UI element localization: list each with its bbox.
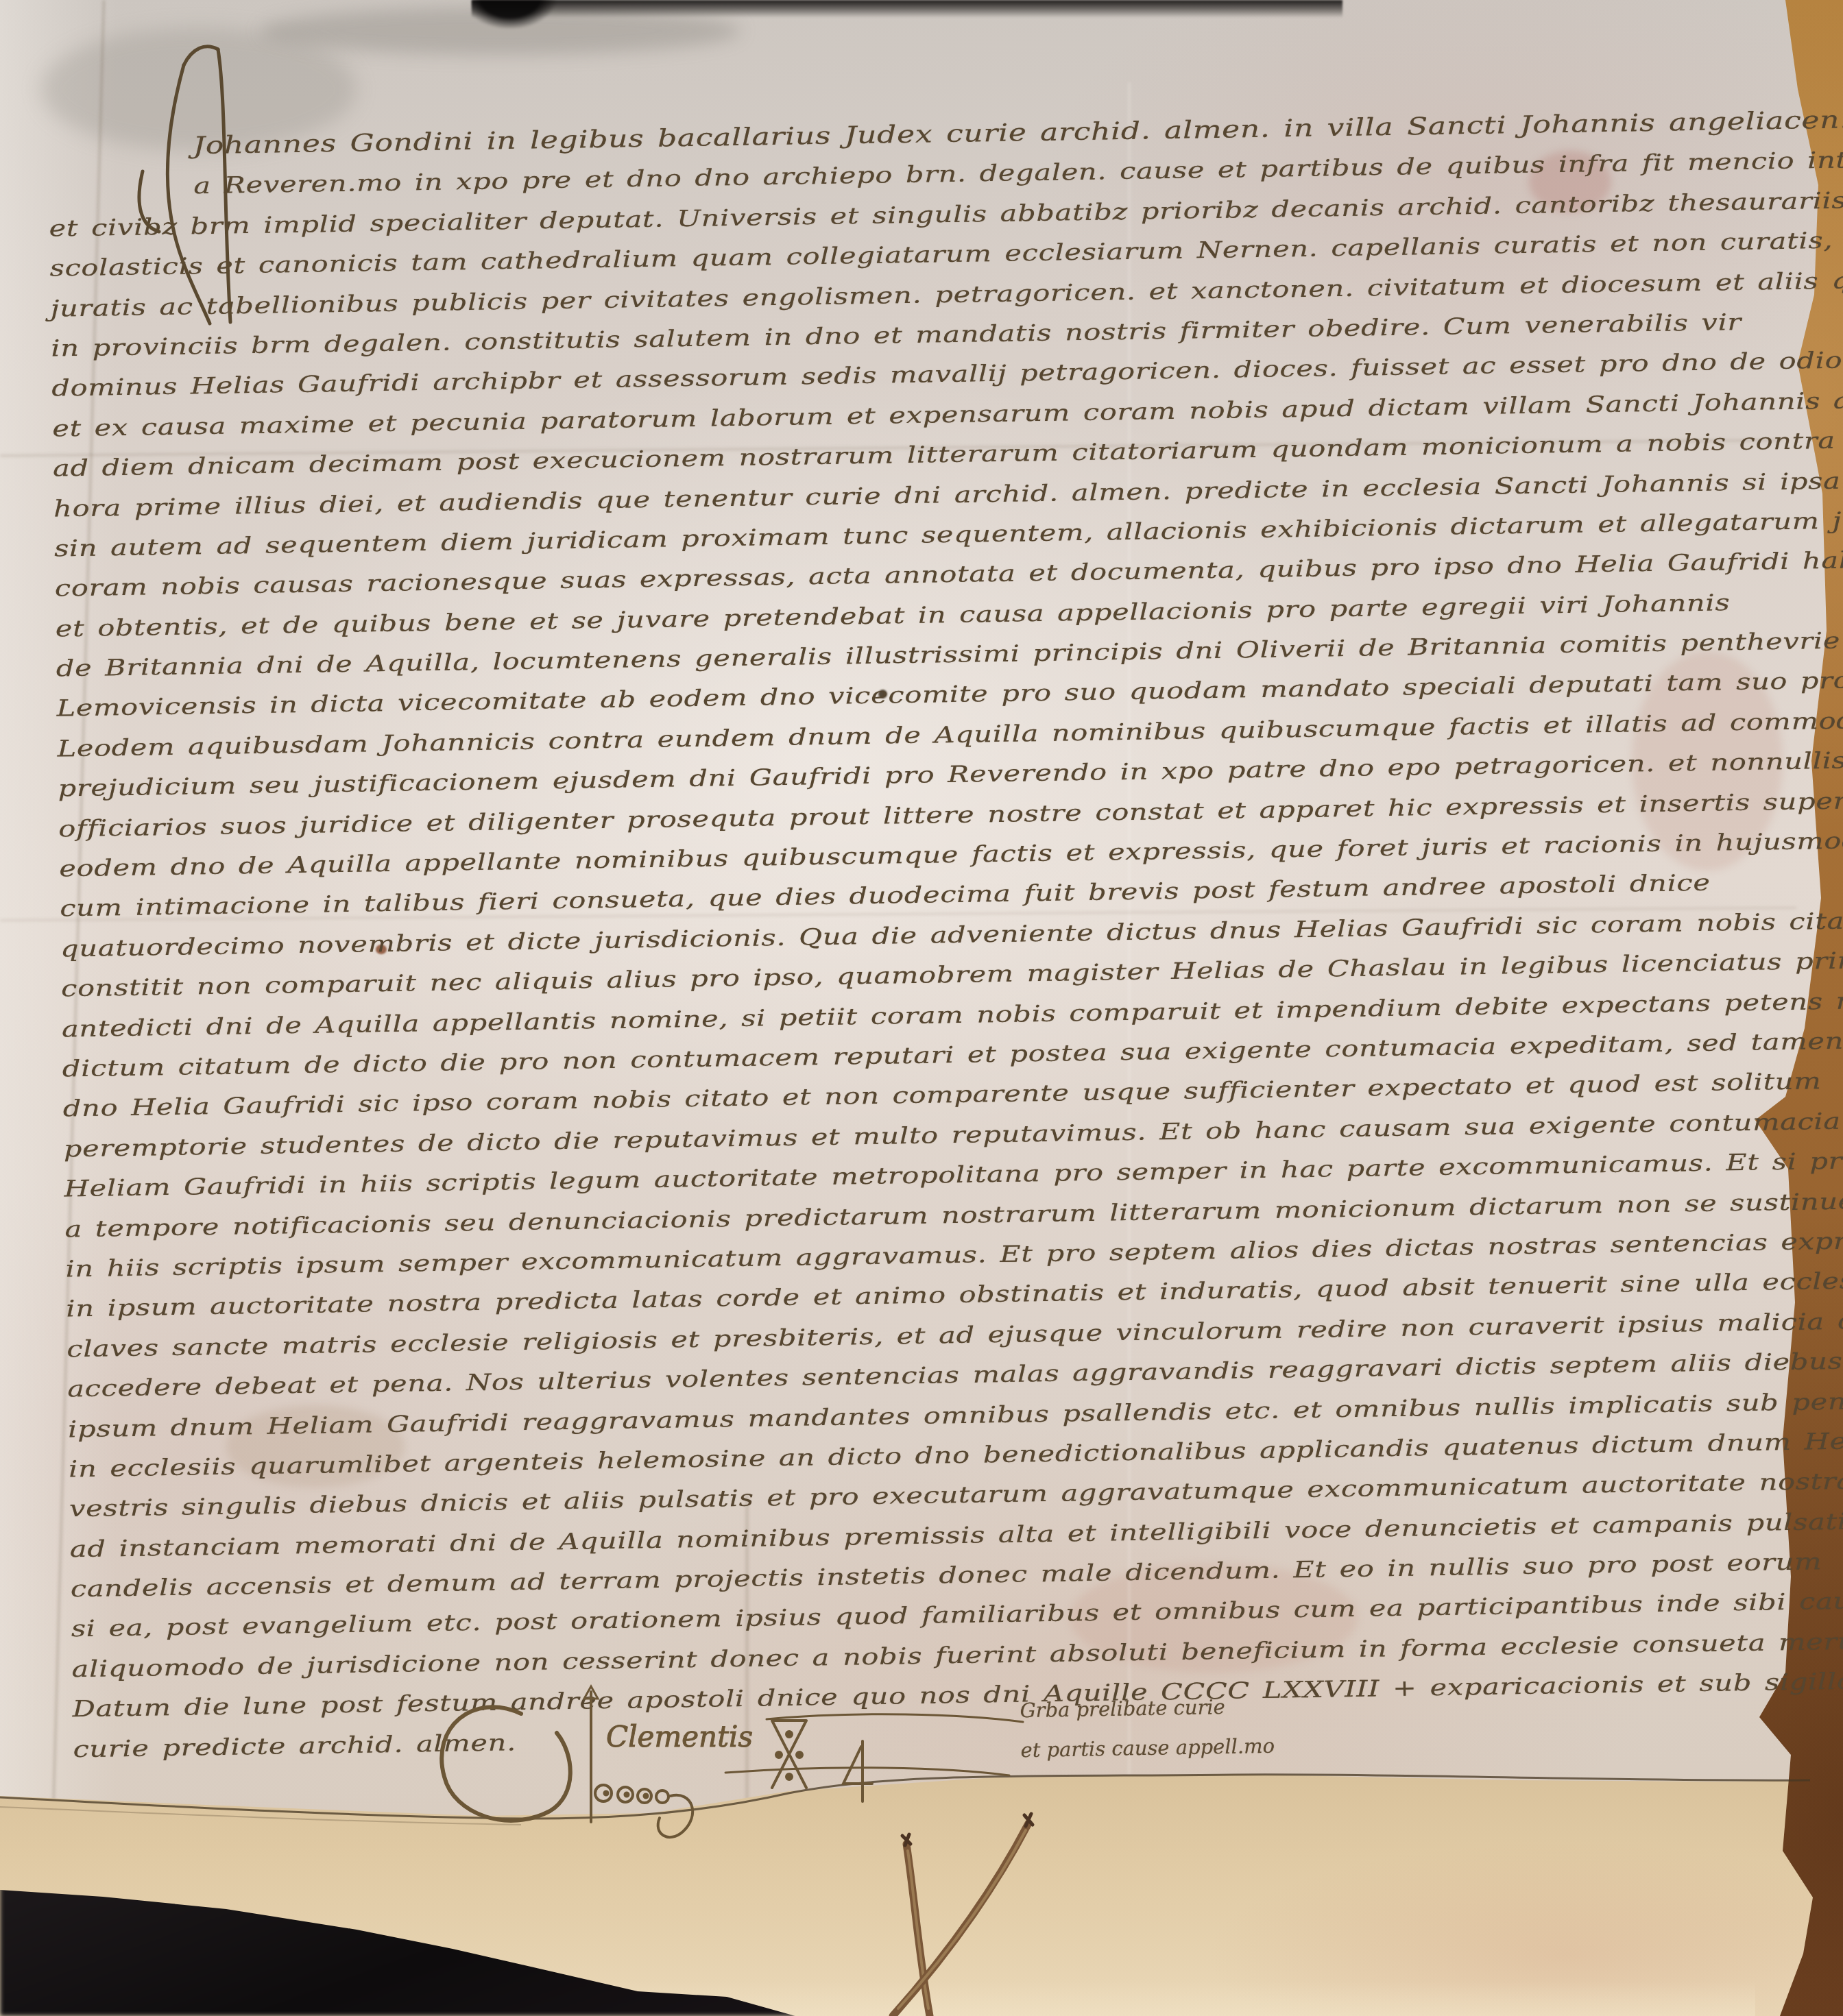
dark-object-top: [472, 0, 557, 29]
manuscript-text: Johannes Gondini in legibus bacallarius …: [47, 102, 1773, 1770]
registry-note-line: Grba prelibate curie: [1020, 1685, 1349, 1730]
photo-of-charter: Johannes Gondini in legibus bacallarius …: [0, 0, 1843, 2016]
top-shadow: [472, 0, 1342, 18]
registry-note-line: et partis cause appell.mo: [1020, 1725, 1350, 1770]
registry-note: Grba prelibate curie et partis cause app…: [1020, 1685, 1350, 1770]
